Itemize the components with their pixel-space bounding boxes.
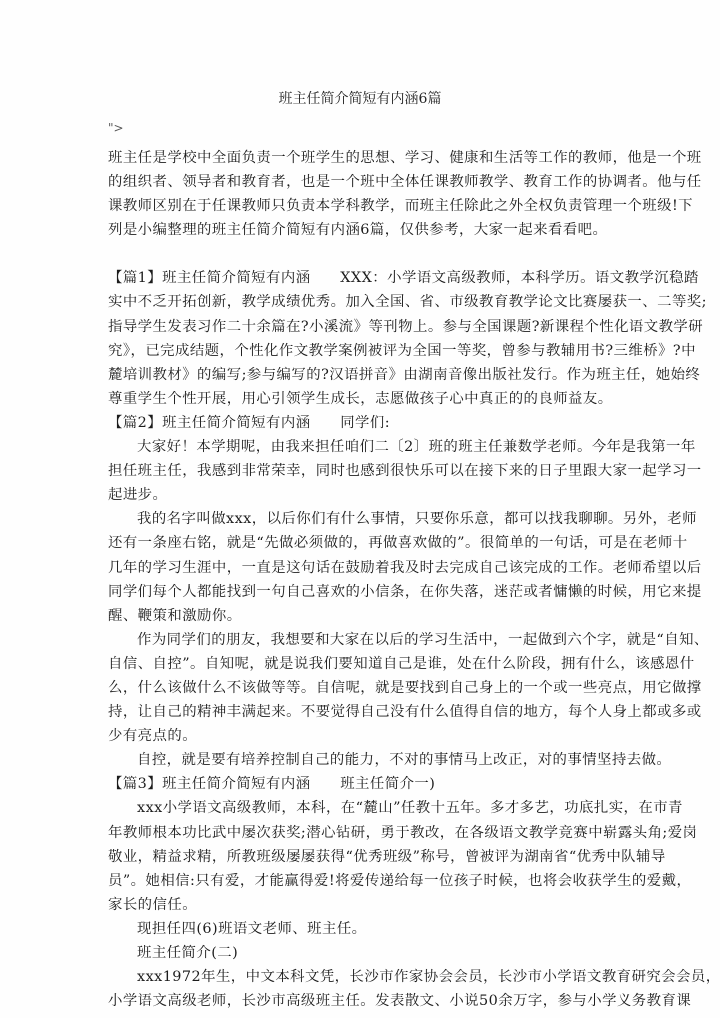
text-line: 作为同学们的朋友，我想要和大家在以后的学习生活中，一起做到六个字，就是“自知、 [108,628,614,652]
document-body: 班主任是学校中全面负责一个班学生的思想、学习、健康和生活等工作的教师，他是一个班… [108,146,614,1013]
text-line: 敬业，精益求精，所教班级屡屡获得“优秀班级”称号，曾被评为湖南省“优秀中队辅导 [108,845,614,869]
text-line: 指导学生发表习作二十余篇在?小溪流》等刊物上。参与全国课题?新课程个性化语文教学… [108,315,614,339]
text-line: 年教师根本功比武中屡次获奖;潜心钻研，勇于教改，在各级语文教学竞赛中崭露头角;爱… [108,821,614,845]
text-line: 班主任是学校中全面负责一个班学生的思想、学习、健康和生活等工作的教师，他是一个班 [108,146,614,170]
text-line: 几年的学习生涯中，一直是这句话在鼓励着我及时去完成自己该完成的工作。老师希望以后 [108,556,614,580]
text-line: 自控，就是要有培养控制自己的能力，不对的事情马上改正，对的事情坚持去做。 [108,748,614,772]
section-2-paragraph-4: 自控，就是要有培养控制自己的能力，不对的事情马上改正，对的事情坚持去做。 【篇3… [108,748,614,796]
section-heading-2: 【篇2】班主任简介简短有内涵 同学们: [108,411,614,435]
text-line: 的组织者、领导者和教育者，也是一个班中全体任课教师教学、教育工作的协调者。他与任 [108,170,614,194]
document-page: 班主任简介简短有内涵6篇 "> 班主任是学校中全面负责一个班学生的思想、学习、健… [0,0,720,1018]
section-3-paragraph-2: 现担任四(6)班语文老师、班主任。 班主任简介(二) xxx1972年生，中文本… [108,917,614,1013]
subheading: 班主任简介(二) [108,941,614,965]
text-line: 担任班主任，我感到非常荣幸，同时也感到很快乐可以在接下来的日子里跟大家一起学习一 [108,459,614,483]
intro-paragraph: 班主任是学校中全面负责一个班学生的思想、学习、健康和生活等工作的教师，他是一个班… [108,146,614,242]
stray-marker: "> [108,121,124,135]
section-heading-3: 【篇3】班主任简介简短有内涵 班主任简介一) [108,772,614,796]
text-line: 还有一条座右铭，就是“先做必须做的，再做喜欢做的”。很简单的一句话，可是在老师十 [108,531,614,555]
text-line: 起进步。 [108,483,614,507]
text-line: 同学们每个人都能找到一句自己喜欢的小信条，在你失落，迷茫或者慵懒的时候，用它来提 [108,580,614,604]
text-line: xxx1972年生，中文本科文凭，长沙市作家协会会员，长沙市小学语文教育研究会会… [108,965,614,989]
text-line: 麓培训教材》的编写;参与编写的?汉语拼音》由湖南音像出版社发行。作为班主任，她始… [108,363,614,387]
text-line: 小学语文高级老师，长沙市高级班主任。发表散文、小说50余万字，参与小学义务教育课 [108,989,614,1013]
document-title: 班主任简介简短有内涵6篇 [0,89,720,109]
text-line: 究》，已完成结题，个性化作文教学案例被评为全国一等奖，曾参与教辅用书?三维桥》?… [108,339,614,363]
text-line: 家长的信任。 [108,893,614,917]
text-line: 尊重学生个性开展，用心引领学生成长，志愿做孩子心中真正的的良师益友。 [108,387,614,411]
text-line: 持，让自己的精神丰满起来。不要觉得自己没有什么值得自信的地方，每个人身上都或多或 [108,700,614,724]
section-2-paragraph-3: 作为同学们的朋友，我想要和大家在以后的学习生活中，一起做到六个字，就是“自知、 … [108,628,614,748]
text-line: xxx小学语文高级教师，本科，在“麓山”任教十五年。多才多艺，功底扎实，在市青 [108,796,614,820]
section-heading-1: 【篇1】班主任简介简短有内涵 XXX：小学语文高级教师，本科学历。语文教学沉稳踏 [108,266,614,290]
text-line: 少有亮点的。 [108,724,614,748]
section-2-paragraph-2: 我的名字叫做xxx，以后你们有什么事情，只要你乐意，都可以找我聊聊。另外，老师 … [108,507,614,627]
text-line: 么，什么该做什么不该做等等。自信呢，就是要找到自己身上的一个或一些亮点，用它做撑 [108,676,614,700]
section-2-paragraph-1: 大家好！本学期呢，由我来担任咱们二〔2〕班的班主任兼数学老师。今年是我第一年 担… [108,435,614,507]
paragraph-gap [108,242,614,266]
text-line: 我的名字叫做xxx，以后你们有什么事情，只要你乐意，都可以找我聊聊。另外，老师 [108,507,614,531]
text-line: 自信、自控”。自知呢，就是说我们要知道自己是谁，处在什么阶段，拥有什么，该感恩什 [108,652,614,676]
section-3-paragraph-1: xxx小学语文高级教师，本科，在“麓山”任教十五年。多才多艺，功底扎实，在市青 … [108,796,614,916]
text-line: 实中不乏开拓创新，教学成绩优秀。加入全国、省、市级教育教学论文比赛屡获一、二等奖… [108,290,614,314]
text-line: 课教师区别在于任课教师只负责本学科教学，而班主任除此之外全权负责管理一个班级!下 [108,194,614,218]
text-line: 醒、鞭策和激励你。 [108,604,614,628]
text-line: 大家好！本学期呢，由我来担任咱们二〔2〕班的班主任兼数学老师。今年是我第一年 [108,435,614,459]
text-line: 列是小编整理的班主任简介简短有内涵6篇，仅供参考，大家一起来看看吧。 [108,218,614,242]
section-1: 【篇1】班主任简介简短有内涵 XXX：小学语文高级教师，本科学历。语文教学沉稳踏… [108,266,614,435]
text-line: 现担任四(6)班语文老师、班主任。 [108,917,614,941]
text-line: 员”。她相信:只有爱，才能赢得爱!将爱传递给每一位孩子时候，也将会收获学生的爱戴… [108,869,614,893]
